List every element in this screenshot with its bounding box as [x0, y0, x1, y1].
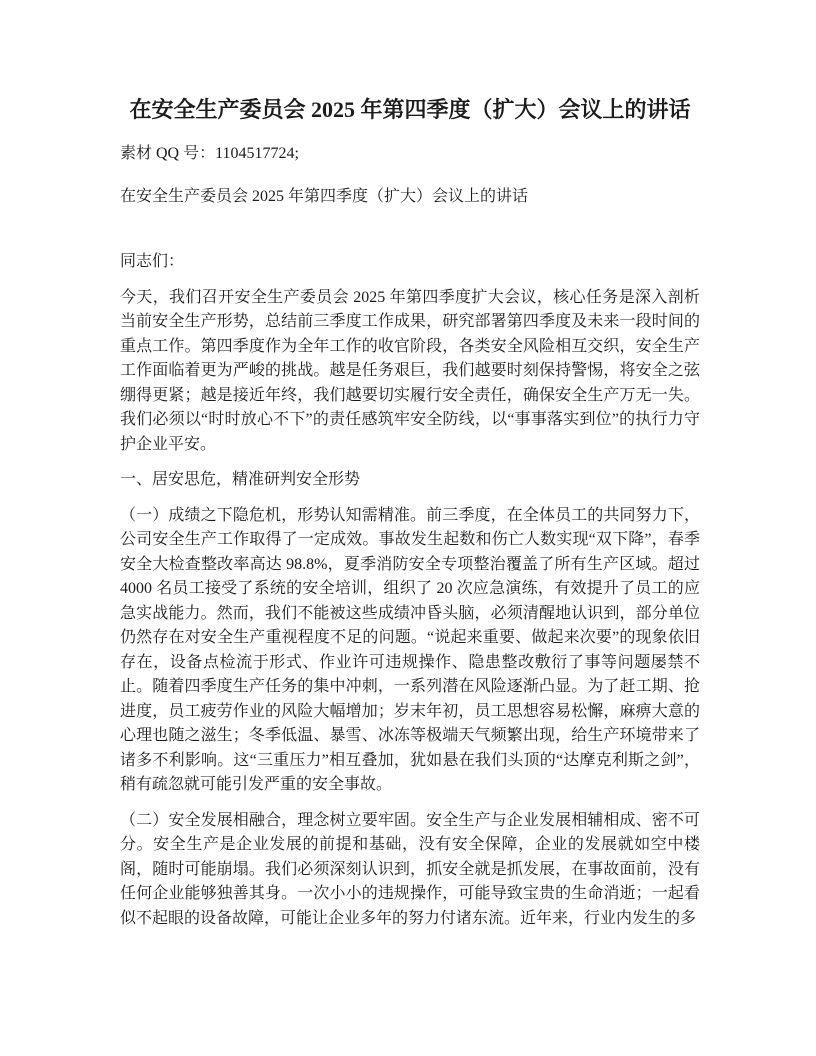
subtitle-line: 在安全生产委员会 2025 年第四季度（扩大）会议上的讲话 [120, 185, 700, 210]
section-1-paragraph-2: （二）安全发展相融合，理念树立要牢固。安全生产与企业发展相辅相成、密不可分。安全… [120, 809, 700, 932]
meta-source-line: 素材 QQ 号：1104517724; [120, 142, 700, 167]
section-1-paragraph-1: （一）成绩之下隐危机，形势认知需精准。前三季度，在全体员工的共同努力下，公司安全… [120, 504, 700, 798]
document-page: 在安全生产委员会 2025 年第四季度（扩大）会议上的讲话 素材 QQ 号：11… [0, 0, 816, 1056]
salutation: 同志们： [120, 250, 700, 275]
document-title: 在安全生产委员会 2025 年第四季度（扩大）会议上的讲话 [120, 90, 700, 130]
section-1-heading: 一、居安思危，精准研判安全形势 [120, 468, 700, 493]
intro-paragraph: 今天，我们召开安全生产委员会 2025 年第四季度扩大会议，核心任务是深入剖析当… [120, 286, 700, 458]
